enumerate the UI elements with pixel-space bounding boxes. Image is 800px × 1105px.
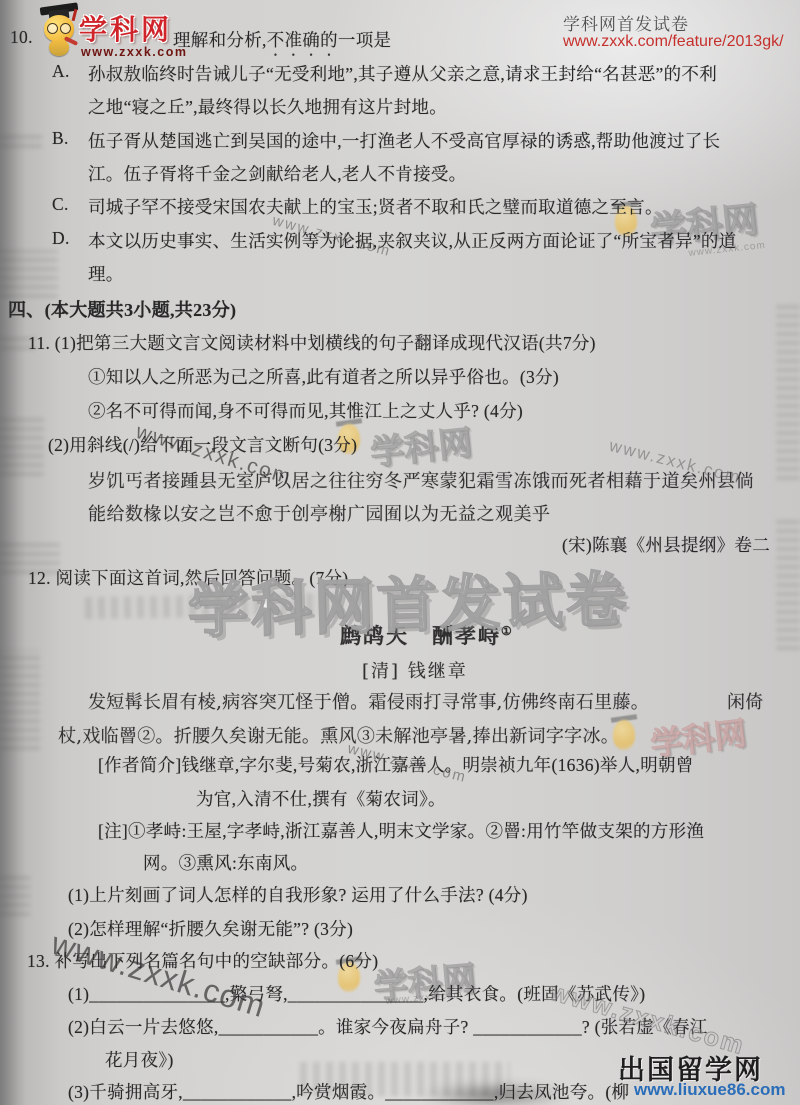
poem-note-line-2: 网。③熏风:东南风。 xyxy=(143,850,308,875)
zxxk-logo-url: www.zxxk.com xyxy=(81,45,187,59)
classical-passage-line-2: 能给数椽以安之岂不愈于创亭榭广园囿以为无益之观美乎 xyxy=(88,500,551,526)
scan-edge-shadow xyxy=(0,0,26,1105)
question-13-blank-3: (3)千骑拥高牙,____________,吟赏烟霞。____________,… xyxy=(68,1079,629,1104)
bleed-through-smudge xyxy=(776,520,800,650)
liuxue86-url-stamp: www.liuxue86.com xyxy=(634,1080,785,1100)
site-title: 学科网首发试卷 xyxy=(563,10,689,35)
zxxk-brand-watermark: 学科网 xyxy=(368,415,475,474)
poem-author: [清] 钱继章 xyxy=(362,657,468,683)
author-intro-line-2: 为官,入清不仕,撰有《菊农词》。 xyxy=(196,786,446,811)
option-a-line-2: 之地“寝之丘”,最终得以长久地拥有这片封地。 xyxy=(88,94,447,119)
option-d-line-2: 理。 xyxy=(88,261,124,286)
poem-line-1-continued: 闲倚 xyxy=(727,688,764,714)
glasses-icon xyxy=(46,23,72,33)
poem-note-line-1: [注]①孝峙:王屋,字孝峙,浙江嘉善人,明末文学家。②罾:用竹竿做支架的方形渔 xyxy=(98,818,704,843)
option-c-line-1: 司城子罕不接受宋国农夫献上的宝玉;贤者不取和氏之璧而取道德之至言。 xyxy=(88,194,663,219)
poem-line-1: 发短髯长眉有棱,病容突兀怪于僧。霜侵雨打寻常事,仿佛终南石里藤。 xyxy=(88,688,649,714)
zxxk-logo-text: 学科网 xyxy=(79,8,172,48)
question-13-blank-2-continued: 花月夜》) xyxy=(105,1047,174,1072)
option-d-line-1: 本文以历史事实、生活实例等为论据,夹叙夹议,从正反两方面论证了“所宝者异”的道 xyxy=(88,228,736,253)
option-b-label: B. xyxy=(52,128,69,149)
site-feature-url: www.zxxk.com/feature/2013gk/ xyxy=(563,33,784,51)
section-4-heading: 四、(本大题共3小题,共23分) xyxy=(8,296,236,322)
bleed-through-smudge xyxy=(776,300,800,480)
question-10-stem-emphasis: 不准确的 xyxy=(267,30,338,50)
question-12-sub-1: (1)上片刻画了词人怎样的自我形象? 运用了什么手法? (4分) xyxy=(68,882,528,907)
question-12-sub-2: (2)怎样理解“折腰久矣谢无能”? (3分) xyxy=(68,916,353,941)
option-a-label: A. xyxy=(52,61,70,82)
scanned-exam-page: 学科网 www.zxxk.com 学科网首发试卷 www.zxxk.com/fe… xyxy=(0,0,800,1105)
question-11-stem: 11. (1)把第三大题文言文阅读材料中划横线的句子翻译成现代汉语(共7分) xyxy=(28,330,596,355)
question-11-sentence-2: ②名不可得而闻,身不可得而见,其惟江上之丈人乎? (4分) xyxy=(88,398,523,423)
question-11-sentence-1: ①知以人之所恶为己之所喜,此有道者之所以异乎俗也。(3分) xyxy=(88,364,559,389)
option-a-line-1: 孙叔敖临终时告诫儿子“无受利地”,其子遵从父亲之意,请求王封给“名甚恶”的不利 xyxy=(88,61,717,86)
zxxk-mascot-icon xyxy=(40,3,80,59)
poem-line-2: 杖,戏临罾②。折腰久矣谢无能。熏风③未解池亭暑,捧出新词字字冰。 xyxy=(58,722,619,748)
option-b-line-2: 江。伍子胥将千金之剑献给老人,老人不肯接受。 xyxy=(88,161,466,186)
question-10-stem-post: 一项是 xyxy=(338,30,391,50)
option-b-line-1: 伍子胥从楚国逃亡到吴国的途中,一打渔老人不受高官厚禄的诱惑,帮助他渡过了长 xyxy=(88,128,720,153)
option-d-label: D. xyxy=(52,228,70,249)
mascot-body xyxy=(49,40,69,56)
question-10-stem: 理解和分析,不准确的一项是 xyxy=(173,27,391,60)
classical-passage-line-1: 岁饥丐者接踵县无室庐以居之往往穷冬严寒蒙犯霜雪冻饿而死者相藉于道矣州县倘 xyxy=(88,467,754,493)
first-release-banner-watermark: 学科网首发试卷 xyxy=(187,552,630,650)
option-c-label: C. xyxy=(52,194,69,215)
